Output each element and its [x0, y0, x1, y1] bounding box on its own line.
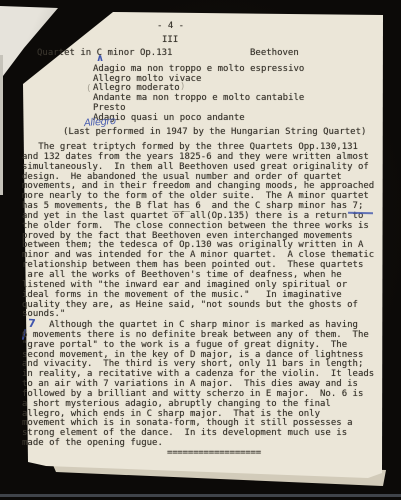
page-number: - 4 -	[157, 22, 184, 32]
pencil-underline-has	[172, 211, 190, 212]
work-title: Quartet in C minor Op.131	[37, 49, 172, 59]
movements-list: Adagio ma non troppo e molto espressivo …	[93, 65, 304, 123]
paragraph-1: The great triptych formed by the three Q…	[22, 143, 374, 320]
scan-edge-line	[0, 494, 401, 497]
page-content: - 4 - III Quartet in C minor Op.131 Beet…	[0, 0, 401, 500]
performance-note: (Last performed in 1947 by the Hungarian…	[63, 128, 366, 138]
pencil-paren-close: )	[180, 82, 185, 92]
composer-name: Beethoven	[250, 49, 299, 59]
section-number: III	[162, 36, 178, 46]
paragraph-2: Although the quartet in C sharp minor is…	[22, 321, 374, 449]
pencil-paren-open: (	[86, 84, 91, 94]
photo-background: - 4 - III Quartet in C minor Op.131 Beet…	[0, 0, 401, 500]
closing-rule: ==================	[167, 449, 261, 459]
ink-insert-caret: ∧	[96, 55, 104, 63]
